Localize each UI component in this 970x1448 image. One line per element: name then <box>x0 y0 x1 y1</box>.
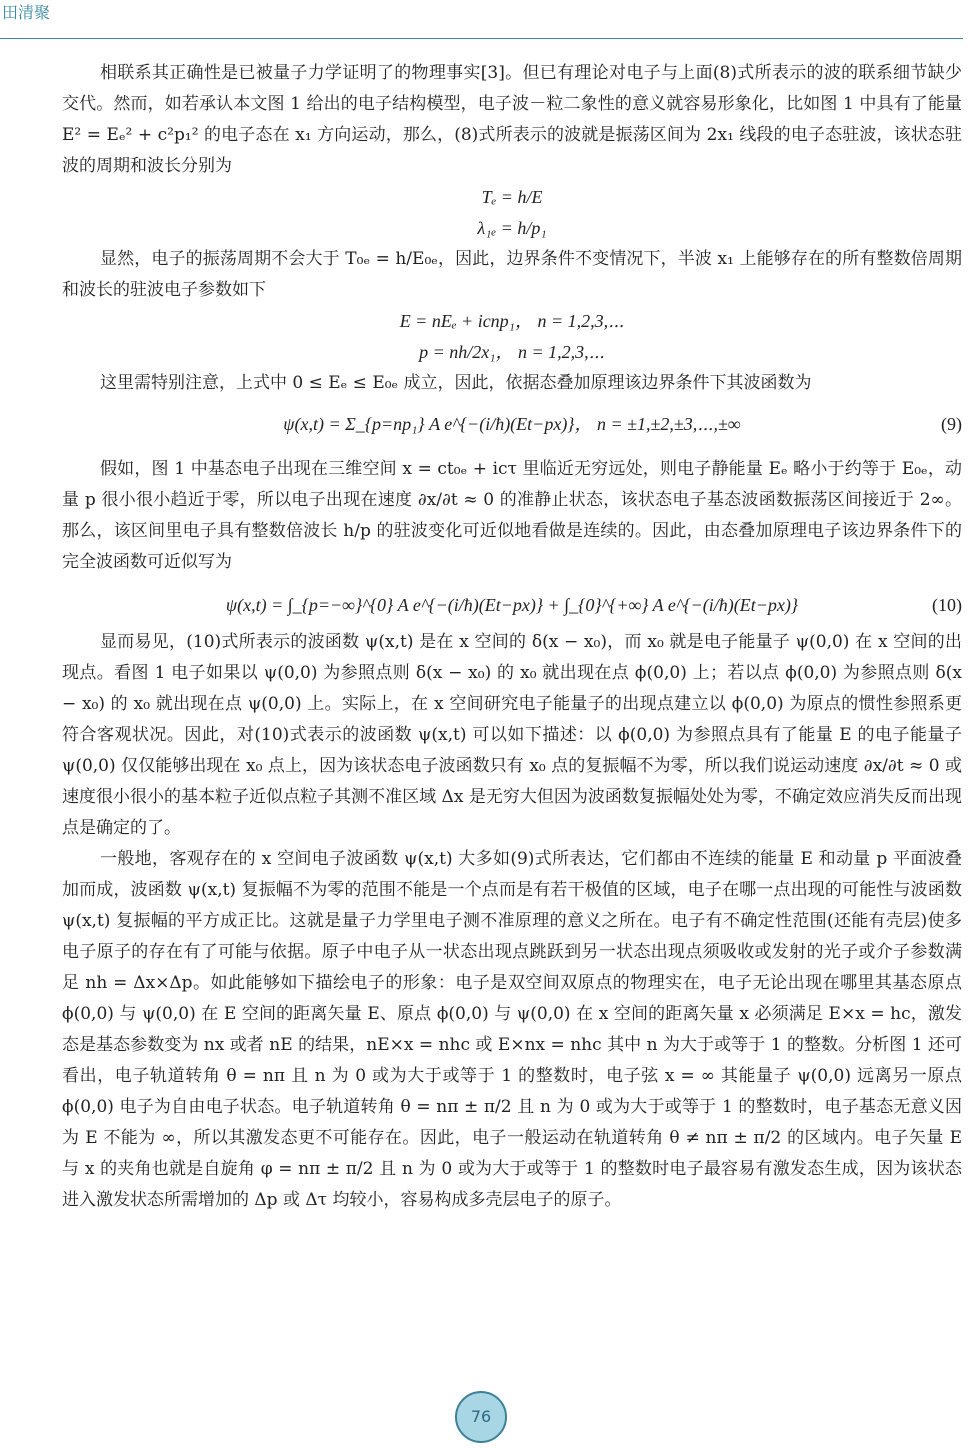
header-rule <box>0 38 963 39</box>
article-body: 相联系其正确性是已被量子力学证明了的物理事实[3]。但已有理论对电子与上面(8)… <box>62 58 962 1216</box>
equation-period: Tₑ = h/E <box>62 182 962 213</box>
paragraph-3: 这里需特别注意，上式中 0 ≤ Eₑ ≤ E₀ₑ 成立，因此，依据态叠加原理该边… <box>62 368 962 399</box>
paragraph-2: 显然，电子的振荡周期不会大于 T₀ₑ = h/E₀ₑ，因此，边界条件不变情况下，… <box>62 244 962 306</box>
equation-10-body: ψ(x,t) = ∫_{p=−∞}^{0} A e^{−(i/ħ)(Et−px)… <box>226 595 798 615</box>
equation-energy: E = nEₑ + icnp₁， n = 1,2,3,⋯ <box>62 306 962 337</box>
equation-wavelength: λ₁ₑ = h/p₁ <box>62 213 962 244</box>
running-head-author: 田清聚 <box>2 0 50 23</box>
equation-9: ψ(x,t) = Σ_{p=np₁} A e^{−(i/ħ)(Et−px)}， … <box>62 409 962 440</box>
equation-9-number: (9) <box>941 409 962 440</box>
paragraph-1: 相联系其正确性是已被量子力学证明了的物理事实[3]。但已有理论对电子与上面(8)… <box>62 58 962 182</box>
equation-10: ψ(x,t) = ∫_{p=−∞}^{0} A e^{−(i/ħ)(Et−px)… <box>62 590 962 621</box>
paragraph-5: 显而易见，(10)式所表示的波函数 ψ(x,t) 是在 x 空间的 δ(x − … <box>62 627 962 844</box>
page-number-badge: 76 <box>455 1391 507 1443</box>
paragraph-6: 一般地，客观存在的 x 空间电子波函数 ψ(x,t) 大多如(9)式所表达，它们… <box>62 844 962 1216</box>
equation-9-body: ψ(x,t) = Σ_{p=np₁} A e^{−(i/ħ)(Et−px)}， … <box>283 414 740 434</box>
paragraph-4: 假如，图 1 中基态电子出现在三维空间 x = ct₀ₑ + icτ 里临近无穷… <box>62 454 962 578</box>
equation-momentum: p = nh/2x₁， n = 1,2,3,⋯ <box>62 337 962 368</box>
page-header: 田清聚 <box>0 0 970 40</box>
equation-10-number: (10) <box>932 590 962 621</box>
